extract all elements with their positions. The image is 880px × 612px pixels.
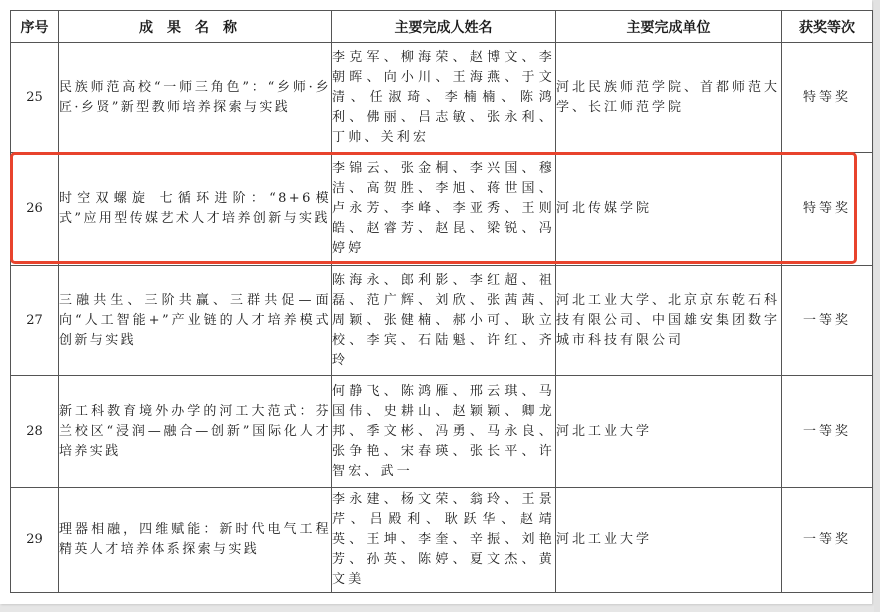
main-units: 河北传媒学院 [556,153,782,266]
row-index: 27 [11,266,59,376]
header-index: 序号 [11,11,59,43]
main-contributors: 何静飞、陈鸿雁、邢云琪、马国伟、史耕山、赵颖颖、卿龙邦、季文彬、冯勇、马永良、张… [332,376,556,488]
table-row: 27 三融共生、三阶共赢、三群共促—面向“人工智能+”产业链的人才培养模式创新与… [11,266,873,376]
header-people: 主要完成人姓名 [332,11,556,43]
header-title-text: 成果名称 [139,20,251,36]
achievement-title: 新工科教育境外办学的河工大范式：芬兰校区“浸润—融合—创新”国际化人才培养实践 [59,376,332,488]
row-index: 29 [11,488,59,593]
table-row: 25 民族师范高校“一师三角色”：“乡师·乡匠·乡贤”新型教师培养探索与实践 李… [11,43,873,153]
row-index: 26 [11,153,59,266]
main-units: 河北工业大学 [556,488,782,593]
table-header-row: 序号 成果名称 主要完成人姓名 主要完成单位 获奖等次 [11,11,873,43]
header-title: 成果名称 [59,11,332,43]
main-units: 河北民族师范学院、首都师范大学、长江师范学院 [556,43,782,153]
table-row: 28 新工科教育境外办学的河工大范式：芬兰校区“浸润—融合—创新”国际化人才培养… [11,376,873,488]
main-units: 河北工业大学、北京京东乾石科技有限公司、中国雄安集团数字城市科技有限公司 [556,266,782,376]
achievement-title: 理器相融，四维赋能：新时代电气工程精英人才培养体系探索与实践 [59,488,332,593]
document-page: 序号 成果名称 主要完成人姓名 主要完成单位 获奖等次 25 民族师范高校“一师… [0,0,872,604]
main-units: 河北工业大学 [556,376,782,488]
achievement-title: 三融共生、三阶共赢、三群共促—面向“人工智能+”产业链的人才培养模式创新与实践 [59,266,332,376]
award-level: 特等奖 [782,153,873,266]
main-contributors: 陈海永、郎利影、李红超、祖磊、范广辉、刘欣、张茜茜、周颖、张健楠、郝小可、耿立校… [332,266,556,376]
row-index: 28 [11,376,59,488]
table-row-highlighted: 26 时空双螺旋 七循环进阶：“8+6模式”应用型传媒艺术人才培养创新与实践 李… [11,153,873,266]
main-contributors: 李克军、柳海荣、赵博文、李朝晖、向小川、王海燕、于文清、任淑琦、李楠楠、陈鸿利、… [332,43,556,153]
vertical-scrollbar-track[interactable] [874,0,880,612]
main-contributors: 李永建、杨文荣、翁玲、王景芹、吕殿利、耿跃华、赵靖英、王坤、李奎、辛振、刘艳芳、… [332,488,556,593]
achievement-title: 时空双螺旋 七循环进阶：“8+6模式”应用型传媒艺术人才培养创新与实践 [59,153,332,266]
award-level: 特等奖 [782,43,873,153]
row-index: 25 [11,43,59,153]
header-units: 主要完成单位 [556,11,782,43]
award-level: 一等奖 [782,488,873,593]
main-contributors: 李锦云、张金桐、李兴国、穆洁、高贺胜、李旭、蒋世国、卢永芳、李峰、李亚秀、王则皓… [332,153,556,266]
header-award: 获奖等次 [782,11,873,43]
achievement-title: 民族师范高校“一师三角色”：“乡师·乡匠·乡贤”新型教师培养探索与实践 [59,43,332,153]
award-level: 一等奖 [782,376,873,488]
award-level: 一等奖 [782,266,873,376]
table-row: 29 理器相融，四维赋能：新时代电气工程精英人才培养体系探索与实践 李永建、杨文… [11,488,873,593]
awards-table: 序号 成果名称 主要完成人姓名 主要完成单位 获奖等次 25 民族师范高校“一师… [10,10,873,593]
